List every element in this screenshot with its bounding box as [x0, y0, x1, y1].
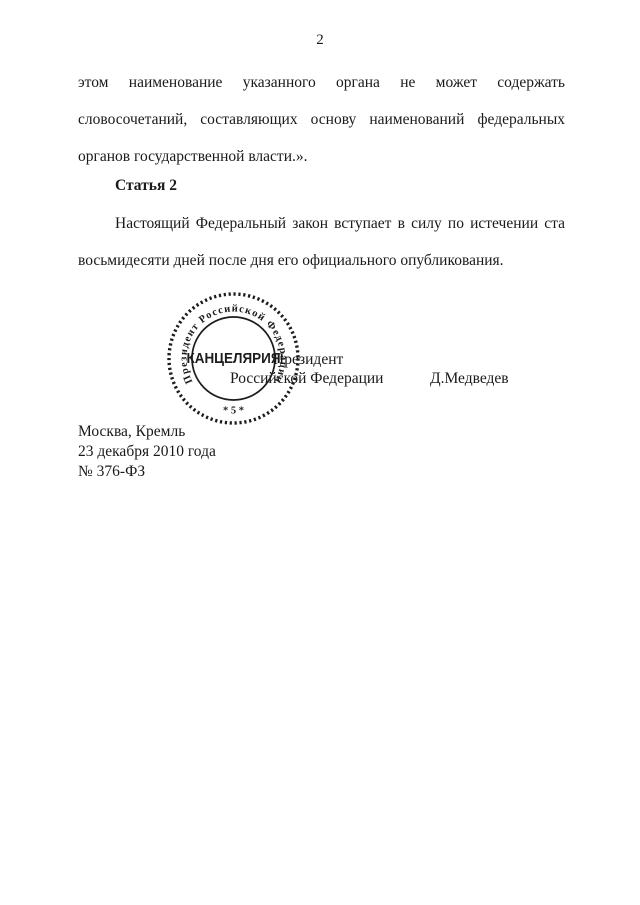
stamp-bottom-text: * 5 * [223, 406, 244, 417]
paragraph-line: этом наименование указанного органа не м… [78, 64, 565, 101]
chancellery-stamp-seal: Президент Российской Федерации КАНЦЕЛЯРИ… [164, 289, 303, 428]
paragraph-line: Настоящий Федеральный закон вступает в с… [78, 205, 565, 242]
paragraph-line: органов государственной власти.». [78, 138, 565, 175]
footer-date: 23 декабря 2010 года [78, 442, 216, 462]
page-number: 2 [0, 32, 640, 49]
paragraph-line: восьмидесяти дней после дня его официаль… [78, 242, 565, 279]
stamp-center-text: КАНЦЕЛЯРИЯ [187, 350, 281, 367]
paragraph-line: словосочетаний, составляющих основу наим… [78, 101, 565, 138]
paragraph-amendment: этом наименование указанного органа не м… [78, 64, 565, 175]
footer-law-number: № 376-ФЗ [78, 462, 216, 482]
document-page: { "page": { "number": "2", "background_c… [0, 0, 640, 905]
article-heading: Статья 2 [115, 177, 177, 194]
footer-block: Москва, Кремль 23 декабря 2010 года № 37… [78, 422, 216, 482]
signature-name: Д.Медведев [430, 370, 509, 388]
paragraph-entry-into-force: Настоящий Федеральный закон вступает в с… [78, 205, 565, 279]
